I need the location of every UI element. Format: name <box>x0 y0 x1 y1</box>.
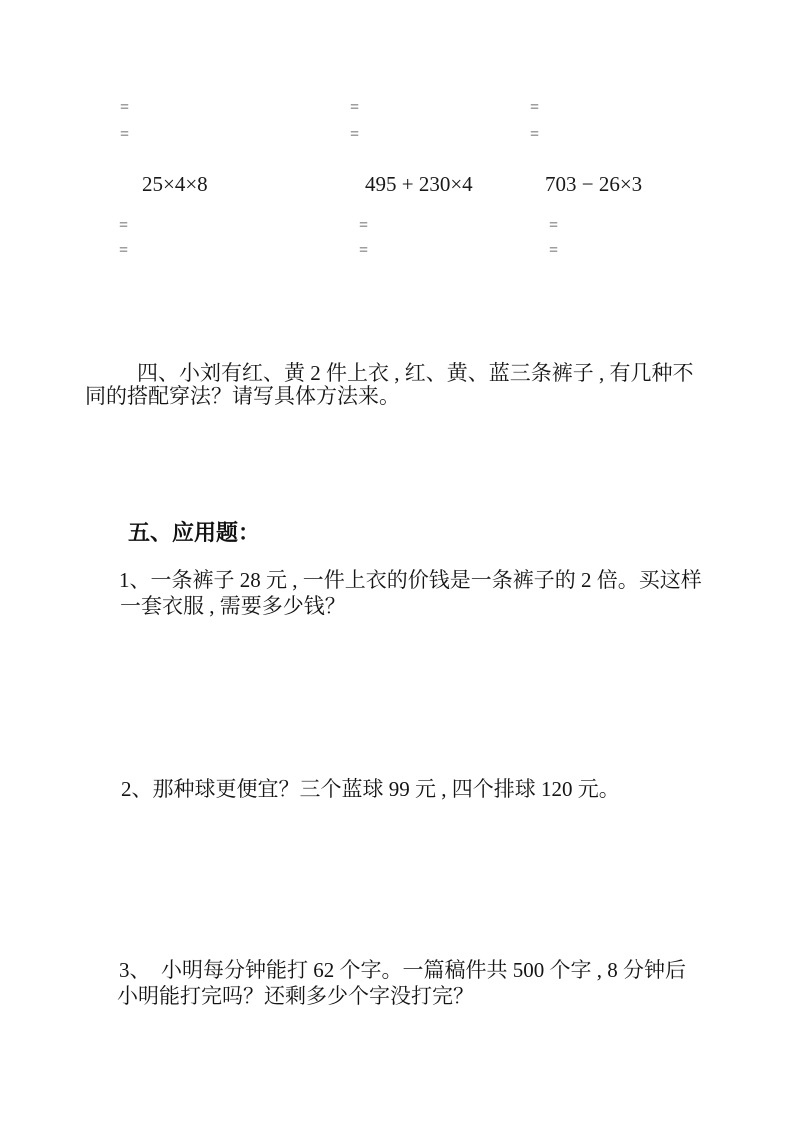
equals-sign: = <box>119 243 128 259</box>
equals-sign: = <box>350 127 359 143</box>
math-expression-1: 25×4×8 <box>142 172 208 196</box>
equals-sign: = <box>359 218 368 234</box>
worksheet-page: = = = = = = 25×4×8 495 + 230×4 703 − 26×… <box>0 0 793 1122</box>
problem-2-line-1: 2、那种球更便宜？三个蓝球 99 元 , 四个排球 120 元。 <box>121 778 620 801</box>
problem-1-line-2: 一套衣服 , 需要多少钱？ <box>120 595 346 618</box>
equals-sign: = <box>120 127 129 143</box>
equals-sign: = <box>549 243 558 259</box>
equals-sign: = <box>530 127 539 143</box>
problem-1-line-1: 1、一条裤子 28 元 , 一件上衣的价钱是一条裤子的 2 倍。买这样 <box>119 569 702 592</box>
equals-sign: = <box>359 243 368 259</box>
equals-sign: = <box>549 218 558 234</box>
section-four-problem-line-2: 同的搭配穿法？请写具体方法来。 <box>85 385 400 408</box>
equals-sign: = <box>350 100 359 116</box>
equals-sign: = <box>119 218 128 234</box>
math-expression-2: 495 + 230×4 <box>365 172 473 196</box>
section-five-heading: 五、应用题： <box>128 521 260 545</box>
equals-sign: = <box>530 100 539 116</box>
problem-3-line-1: 3、 小明每分钟能打 62 个字。一篇稿件共 500 个字 , 8 分钟后 <box>119 959 686 982</box>
section-four-problem-line-1: 四、小刘有红、黄 2 件上衣 , 红、黄、蓝三条裤子 , 有几种不 <box>137 362 694 385</box>
problem-3-line-2: 小明能打完吗？还剩多少个字没打完？ <box>117 985 474 1008</box>
math-expression-3: 703 − 26×3 <box>545 172 642 196</box>
equals-sign: = <box>120 100 129 116</box>
